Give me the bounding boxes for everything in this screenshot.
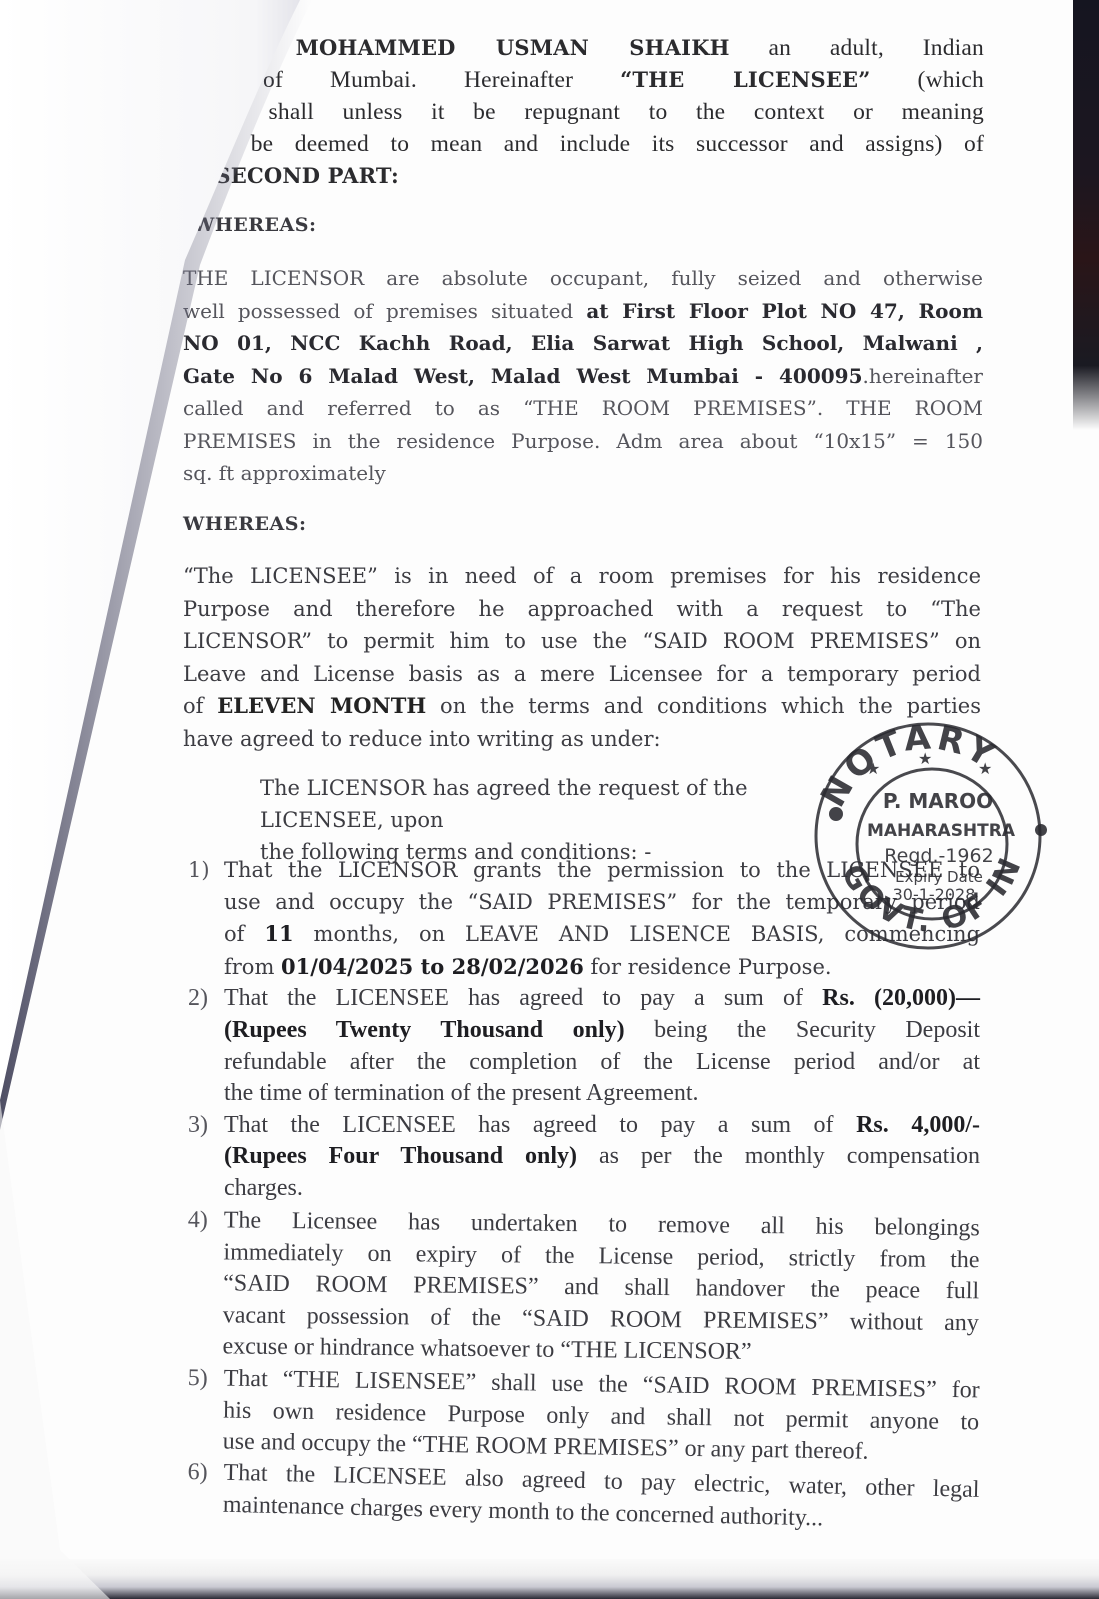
licensee-request-paragraph: “The LICENSEE” is in need of a room prem…	[183, 560, 981, 755]
term-clause: 4)The Licensee has undertaken to remove …	[186, 1205, 980, 1371]
text-line: have agreed to reduce into writing as un…	[183, 723, 981, 756]
text-line: PREMISES in the residence Purpose. Adm a…	[183, 425, 983, 458]
line-text: vacant possession of the “SAID ROOM PREM…	[223, 1302, 979, 1336]
text-line: called and referred to as “THE ROOM PREM…	[183, 392, 983, 425]
line-text: ession shall unless it be repugnant to t…	[180, 99, 984, 125]
emphasized-text: Gate No 6 Malad West, Malad West Mumbai …	[183, 364, 862, 388]
clause-number: 2)	[188, 983, 208, 1015]
text-line: That the LICENSEE has agreed to pay a su…	[224, 1110, 980, 1142]
line-text: Purpose and therefore he approached with…	[183, 597, 981, 621]
line-text: of	[183, 694, 217, 718]
line-text: immediately on expiry of the License per…	[223, 1239, 979, 1273]
line-text: the	[180, 163, 215, 189]
line-text: as per the monthly compensation	[577, 1143, 980, 1169]
line-text: refundable after the completion of the L…	[224, 1049, 980, 1075]
term-clause: 3)That the LICENSEE has agreed to pay a …	[188, 1110, 980, 1205]
line-text: “The LICENSEE” is in need of a room prem…	[183, 564, 981, 588]
line-text: use and occupy the “SAID PREMISES” for t…	[224, 890, 980, 914]
line-text: well possessed of premises situated	[183, 299, 586, 323]
text-line: charges.	[224, 1173, 980, 1205]
text-line: tant of Mumbai. Hereinafter “THE LICENSE…	[180, 64, 984, 96]
emphasized-text: SECOND PART:	[215, 163, 399, 188]
line-text: the time of termination of the present A…	[224, 1080, 699, 1106]
text-line: of ELEVEN MONTH on the terms and conditi…	[183, 690, 981, 723]
text-line: the SECOND PART:	[180, 160, 984, 192]
line-text: called and referred to as “THE ROOM PREM…	[183, 396, 983, 420]
emphasized-text: Rs. 4,000/-	[856, 1112, 980, 1138]
line-text: That the LICENSEE has agreed to pay a su…	[224, 1112, 856, 1138]
line-text: “SAID ROOM PREMISES” and shall handover …	[223, 1270, 979, 1304]
svg-text:★: ★	[978, 759, 992, 778]
line-text: excuse or hindrance whatsoever to “THE L…	[222, 1333, 751, 1365]
line-text: That the LICENSOR grants the permission …	[224, 858, 980, 882]
preamble-line: The LICENSOR has agreed the request of t…	[260, 772, 820, 836]
line-text: sq. ft approximately	[183, 461, 386, 485]
premises-description: THE LICENSOR are absolute occupant, full…	[183, 262, 983, 490]
term-clause: 1)That the LICENSOR grants the permissio…	[188, 855, 980, 983]
text-line: Gate No 6 Malad West, Malad West Mumbai …	[183, 360, 983, 393]
line-text: on the terms and conditions which the pa…	[426, 694, 981, 718]
clause-number: 3)	[188, 1110, 208, 1142]
emphasized-text: Rs. (20,000)—	[822, 985, 980, 1011]
emphasized-text: (Rupees Four Thousand only)	[224, 1143, 577, 1169]
line-text: tant of Mumbai. Hereinafter	[180, 67, 620, 93]
text-line: That the LICENSEE has agreed to pay a su…	[224, 983, 980, 1015]
line-text: months, on LEAVE AND LISENCE BASIS, comm…	[294, 922, 980, 946]
line-text: .hereinafter	[862, 364, 983, 388]
line-text: LICENSOR” to permit him to use the “SAID…	[183, 629, 981, 653]
text-line: ession shall unless it be repugnant to t…	[180, 96, 984, 128]
line-text: PREMISES in the residence Purpose. Adm a…	[183, 429, 983, 453]
svg-text:MAHARASHTRA: MAHARASHTRA	[867, 821, 1016, 841]
line-text: have agreed to reduce into writing as un…	[183, 727, 661, 751]
licensee-party-clause: SHMA MOHAMMED USMAN SHAIKH an adult, Ind…	[180, 32, 984, 192]
clause-number: 6)	[187, 1457, 208, 1489]
line-text: of	[224, 922, 264, 946]
text-line: LICENSOR” to permit him to use the “SAID…	[183, 625, 981, 658]
emphasized-text: ELEVEN MONTH	[217, 693, 426, 718]
line-text: an adult, Indian	[730, 35, 984, 61]
whereas-heading-1: WHEREAS:	[193, 214, 317, 236]
page-edge-shadow	[1073, 0, 1099, 430]
agreement-preamble: The LICENSOR has agreed the request of t…	[260, 772, 820, 868]
line-text: The Licensee has undertaken to remove al…	[224, 1207, 980, 1241]
line-text: (which	[871, 67, 984, 93]
term-clause: 6)That the LICENSEE also agreed to pay e…	[187, 1457, 980, 1538]
emphasized-text: (Rupees Twenty Thousand only)	[224, 1017, 625, 1043]
text-line: use and occupy the “SAID PREMISES” for t…	[224, 887, 980, 919]
text-line: THE LICENSOR are absolute occupant, full…	[183, 262, 983, 295]
clause-number: 4)	[188, 1205, 208, 1237]
emphasized-text: 01/04/2025 to 28/02/2026	[281, 954, 584, 979]
text-line: sq. ft approximately	[183, 457, 983, 490]
page-bottom-shadow	[0, 1559, 1099, 1599]
text-line: from 01/04/2025 to 28/02/2026 for reside…	[224, 951, 980, 984]
document-page: SHMA MOHAMMED USMAN SHAIKH an adult, Ind…	[0, 0, 1099, 1599]
text-line: ereof be deemed to mean and include its …	[180, 128, 984, 160]
line-text: ereof be deemed to mean and include its …	[180, 131, 984, 157]
text-line: That the LICENSOR grants the permission …	[224, 855, 980, 887]
emphasized-text: SHMA MOHAMMED USMAN SHAIKH	[180, 35, 730, 60]
text-line: well possessed of premises situated at F…	[183, 295, 983, 328]
svg-text:P. MAROO: P. MAROO	[883, 789, 993, 813]
line-text: being the Security Deposit	[625, 1017, 980, 1043]
svg-text:★: ★	[866, 759, 880, 778]
line-text: Leave and License basis as a mere Licens…	[183, 662, 981, 686]
whereas-heading-2: WHEREAS:	[183, 513, 307, 535]
line-text: for residence Purpose.	[584, 955, 832, 979]
emphasized-text: “THE LICENSEE”	[620, 67, 870, 92]
text-line: refundable after the completion of the L…	[224, 1047, 980, 1079]
line-text: charges.	[224, 1175, 303, 1201]
text-line: SHMA MOHAMMED USMAN SHAIKH an adult, Ind…	[180, 32, 984, 64]
text-line: NO 01, NCC Kachh Road, Elia Sarwat High …	[183, 327, 983, 360]
emphasized-text: 11	[264, 921, 293, 946]
emphasized-text: NO 01, NCC Kachh Road, Elia Sarwat High …	[183, 331, 983, 355]
text-line: (Rupees Four Thousand only) as per the m…	[224, 1141, 980, 1173]
text-line: Leave and License basis as a mere Licens…	[183, 658, 981, 691]
text-line: (Rupees Twenty Thousand only) being the …	[224, 1015, 980, 1047]
text-line: Purpose and therefore he approached with…	[183, 593, 981, 626]
emphasized-text: at First Floor Plot NO 47, Room	[586, 299, 983, 323]
term-clause: 2)That the LICENSEE has agreed to pay a …	[188, 983, 980, 1109]
line-text: THE LICENSOR are absolute occupant, full…	[183, 266, 983, 290]
text-line: “The LICENSEE” is in need of a room prem…	[183, 560, 981, 593]
line-text: That the LICENSEE has agreed to pay a su…	[224, 985, 822, 1011]
term-clause: 5)That “THE LISENSEE” shall use the “SAI…	[187, 1363, 980, 1470]
text-line: the time of termination of the present A…	[224, 1078, 980, 1110]
line-text: from	[224, 955, 281, 979]
clause-number: 5)	[188, 1363, 208, 1395]
clause-number: 1)	[188, 855, 210, 887]
text-line: of 11 months, on LEAVE AND LISENCE BASIS…	[224, 918, 980, 951]
terms-list: 1)That the LICENSOR grants the permissio…	[188, 855, 980, 1520]
